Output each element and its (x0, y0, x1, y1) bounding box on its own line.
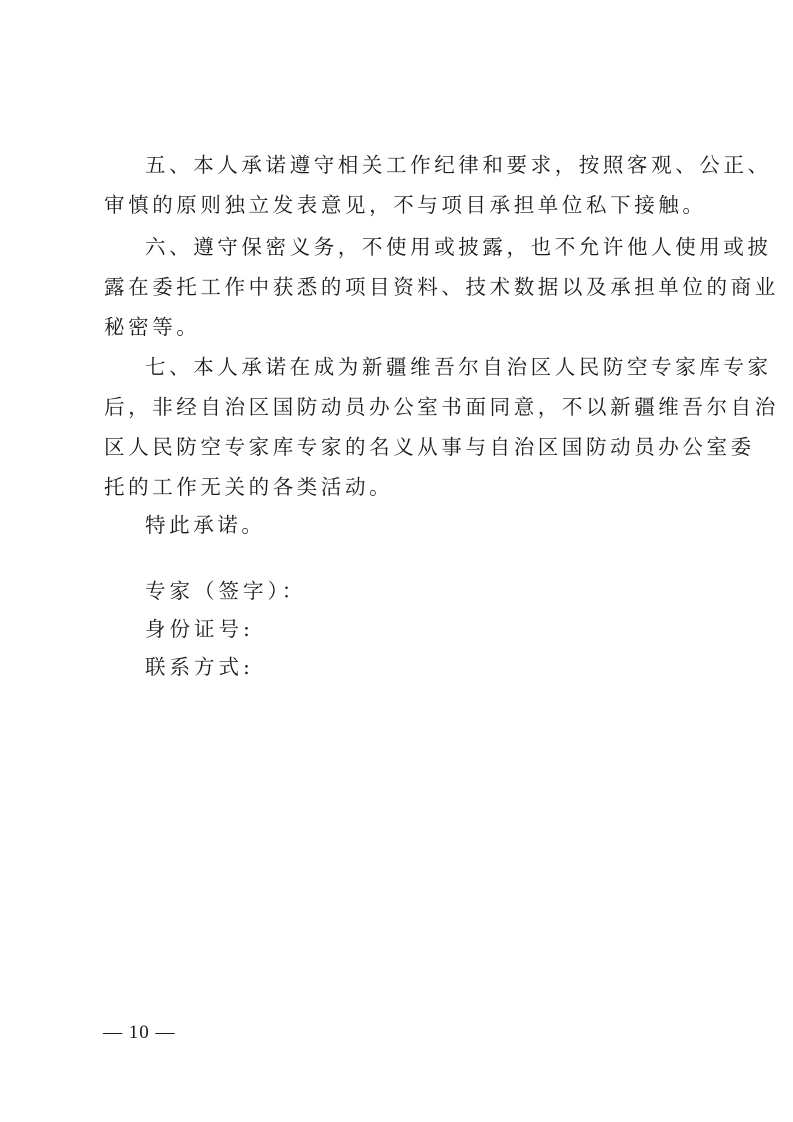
signature-field-expert: 专家（签字）： (145, 577, 306, 605)
paragraph-7-line-4: 托的工作无关的各类活动。 (104, 473, 704, 501)
paragraph-7-line-1: 七、本人承诺在成为新疆维吾尔自治区人民防空专家库专家 (145, 353, 745, 381)
closing-statement: 特此承诺。 (145, 511, 745, 539)
paragraph-5-line-1: 五、本人承诺遵守相关工作纪律和要求，按照客观、公正、 (145, 151, 745, 179)
paragraph-5-line-2: 审慎的原则独立发表意见，不与项目承担单位私下接触。 (104, 191, 704, 219)
paragraph-7-line-2: 后，非经自治区国防动员办公室书面同意，不以新疆维吾尔自治 (104, 393, 704, 421)
paragraph-6-line-3: 秘密等。 (104, 313, 704, 341)
paragraph-6-line-2: 露在委托工作中获悉的项目资料、技术数据以及承担单位的商业 (104, 273, 704, 301)
page-number: — 10 — (103, 1022, 176, 1044)
signature-field-contact: 联系方式: (145, 653, 254, 681)
signature-field-id-number: 身份证号: (145, 615, 254, 643)
paragraph-6-line-1: 六、遵守保密义务，不使用或披露，也不允许他人使用或披 (145, 233, 745, 261)
paragraph-7-line-3: 区人民防空专家库专家的名义从事与自治区国防动员办公室委 (104, 433, 704, 461)
